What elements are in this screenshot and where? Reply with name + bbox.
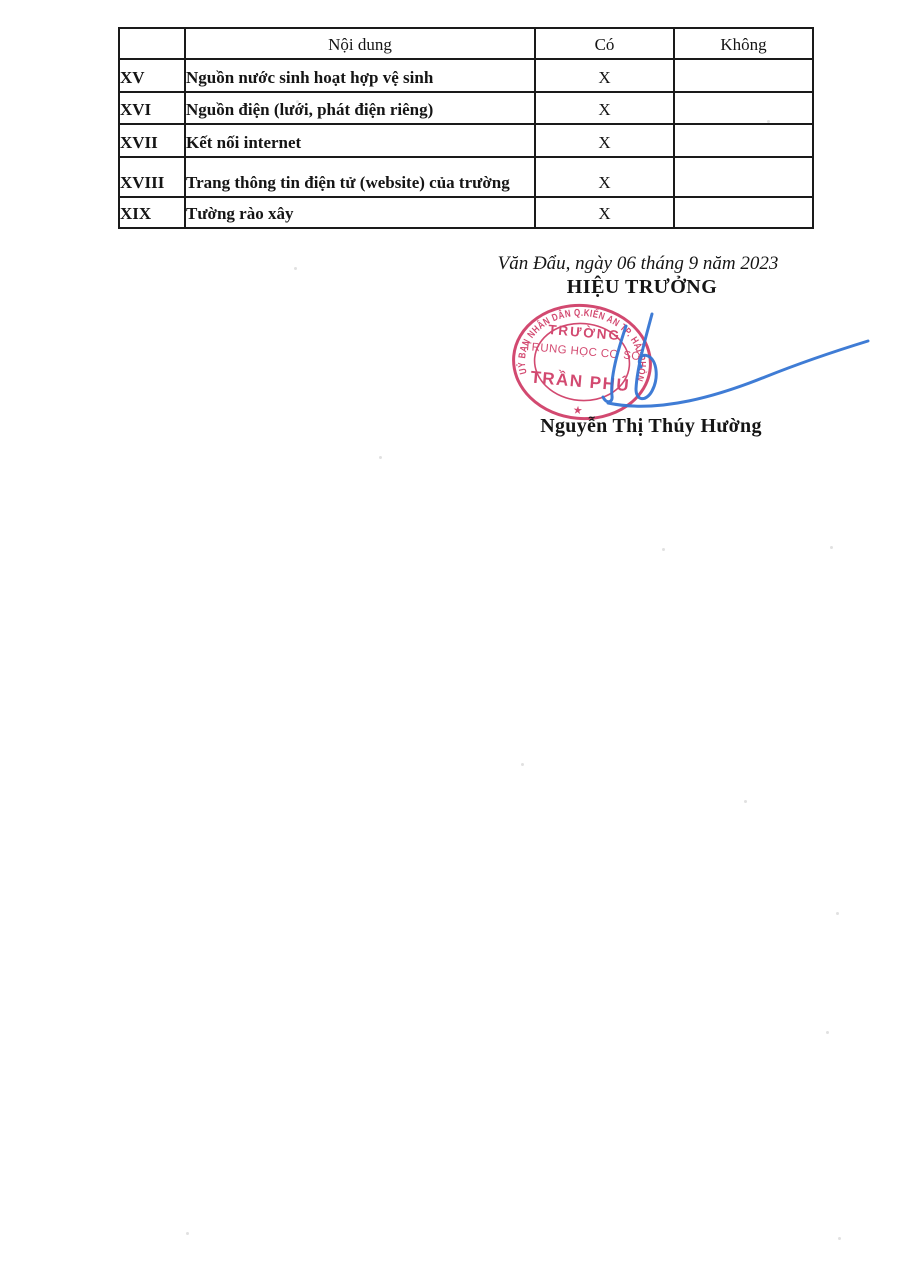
row-yes-mark: X [535,124,674,157]
row-no-mark [674,197,813,228]
row-index: XIX [119,197,185,228]
scan-speck [296,100,299,103]
scan-speck [521,763,524,766]
row-content: Kết nối internet [185,124,535,157]
table-row: XVI Nguồn điện (lưới, phát điện riêng) X [119,92,813,124]
stamp-line2: TRUNG HỌC CƠ SỞ [524,340,642,363]
row-index: XVII [119,124,185,157]
scan-speck [838,1237,841,1240]
header-cell-no: Không [674,28,813,59]
signature-ink [603,314,868,406]
scan-speck [662,548,665,551]
signature-stroke-loop [636,314,656,399]
row-yes-mark: X [535,59,674,92]
stamp-inner-ring [531,320,632,405]
stamp-outer-ring [509,300,655,425]
signature-stroke-left [603,326,626,402]
header-cell-content: Nội dung [185,28,535,59]
row-yes-mark: X [535,197,674,228]
signature-stroke-tail [608,341,868,406]
header-cell-yes: Có [535,28,674,59]
signer-name: Nguyễn Thị Thúy Hường [471,415,831,438]
table-header-row: Nội dung Có Không [119,28,813,59]
row-index: XV [119,59,185,92]
scan-speck [830,546,833,549]
scan-speck [767,120,770,123]
row-content: Tường rào xây [185,197,535,228]
row-no-mark [674,59,813,92]
stamp-line1: TRƯỜNG [548,322,622,343]
row-index: XVI [119,92,185,124]
scan-speck [186,1232,189,1235]
row-content: Nguồn nước sinh hoạt hợp vệ sinh [185,59,535,92]
place-date-line: Văn Đẩu, ngày 06 tháng 9 năm 2023 [458,253,818,275]
scan-speck [744,800,747,803]
signer-title: HIỆU TRƯỞNG [462,276,822,299]
row-no-mark [674,124,813,157]
stamp-line3: TRẦN PHÚ [530,368,631,396]
table-row: XVIII Trang thông tin điện tử (website) … [119,157,813,197]
facilities-checklist-table: Nội dung Có Không XV Nguồn nước sinh hoạ… [118,27,814,229]
scan-speck [294,267,297,270]
header-cell-index [119,28,185,59]
row-content: Nguồn điện (lưới, phát điện riêng) [185,92,535,124]
row-index: XVIII [119,157,185,197]
scan-speck [826,1031,829,1034]
table-row: XVII Kết nối internet X [119,124,813,157]
scan-speck [836,912,839,915]
row-yes-mark: X [535,157,674,197]
row-yes-mark: X [535,92,674,124]
scan-speck [379,456,382,459]
row-no-mark [674,92,813,124]
row-content: Trang thông tin điện tử (website) của tr… [185,157,535,197]
table-row: XV Nguồn nước sinh hoạt hợp vệ sinh X [119,59,813,92]
table-row: XIX Tường rào xây X [119,197,813,228]
scanned-document-page: Nội dung Có Không XV Nguồn nước sinh hoạ… [0,0,900,1273]
row-no-mark [674,157,813,197]
